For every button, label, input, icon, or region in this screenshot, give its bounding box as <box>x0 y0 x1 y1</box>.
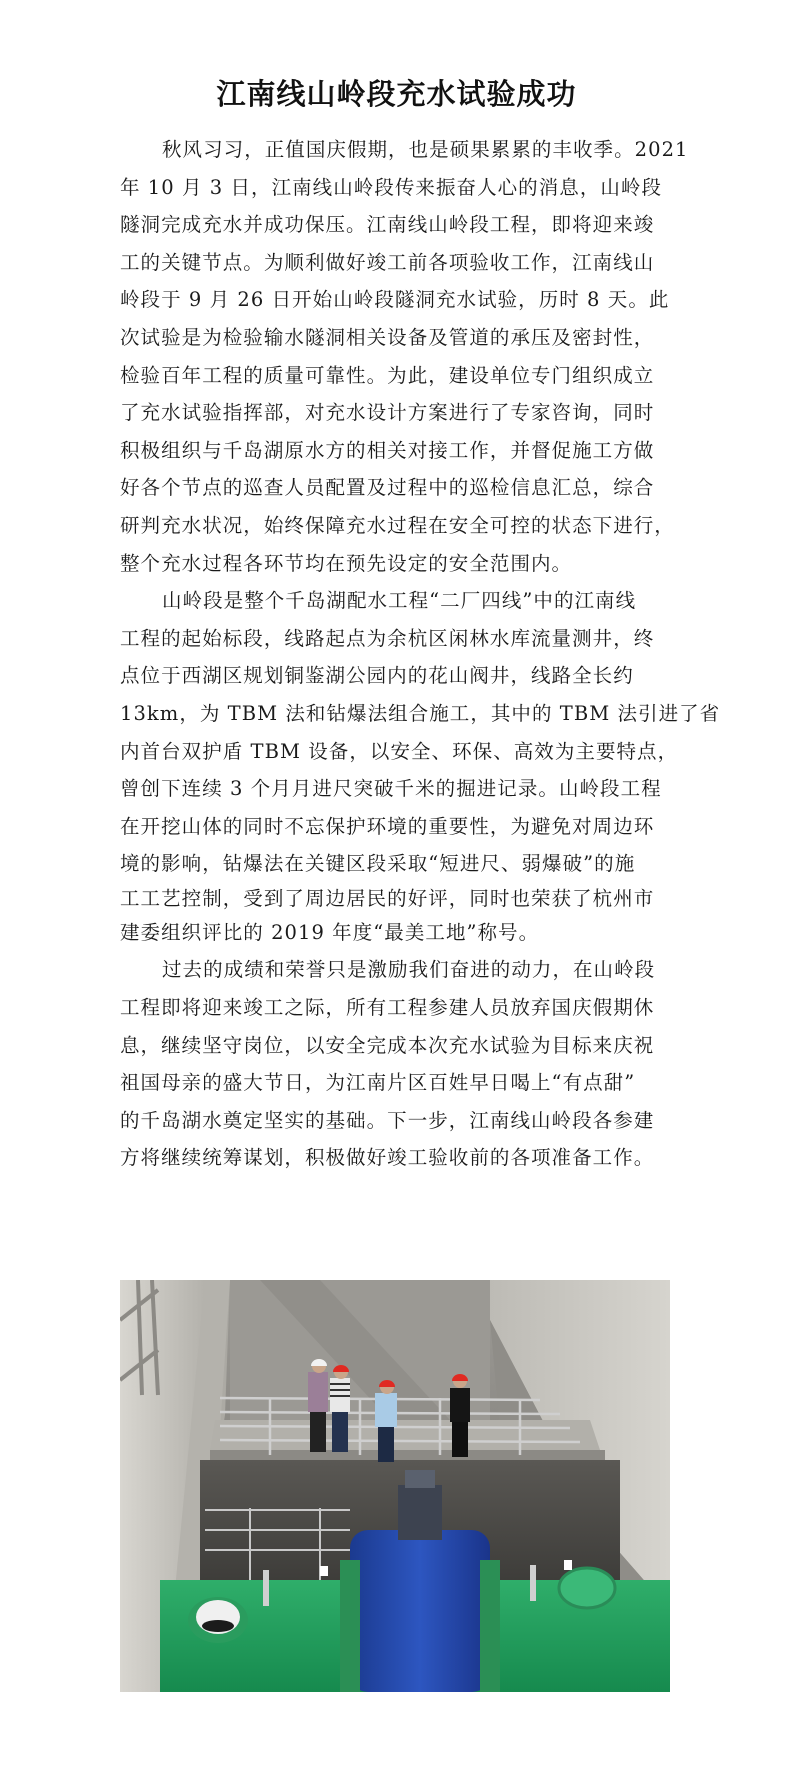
paragraph-2: 山岭段是整个千岛湖配水工程“二厂四线”中的江南线 工程的起始标段，线路起点为余杭… <box>120 582 690 951</box>
text-line: 息，继续坚守岗位，以安全完成本次充水试验为目标来庆祝 <box>120 1027 690 1065</box>
text-line: 岭段于 9 月 26 日开始山岭段隧洞充水试验，历时 8 天。此 <box>120 281 690 319</box>
text-line: 工工艺控制，受到了周边居民的好评，同时也荣获了杭州市 <box>120 883 690 914</box>
shaft-photo-illustration <box>120 1280 670 1692</box>
article-photo <box>120 1280 670 1692</box>
text-line: 次试验是为检验输水隧洞相关设备及管道的承压及密封性， <box>120 319 690 357</box>
text-line: 的千岛湖水奠定坚实的基础。下一步，江南线山岭段各参建 <box>120 1102 690 1140</box>
text-line: 好各个节点的巡查人员配置及过程中的巡检信息汇总，综合 <box>120 469 690 507</box>
text-line: 了充水试验指挥部，对充水设计方案进行了专家咨询，同时 <box>120 394 690 432</box>
blue-valve <box>350 1530 490 1692</box>
text-line: 在开挖山体的同时不忘保护环境的重要性，为避免对周边环 <box>120 808 690 846</box>
text-line: 13km，为 TBM 法和钻爆法组合施工，其中的 TBM 法引进了省 <box>120 695 690 733</box>
paragraph-1: 秋风习习，正值国庆假期，也是硕果累累的丰收季。2021 年 10 月 3 日，江… <box>120 131 690 582</box>
text-line: 研判充水状况，始终保障充水过程在安全可控的状态下进行， <box>120 507 690 545</box>
text-line: 过去的成绩和荣誉只是激励我们奋进的动力，在山岭段 <box>120 951 690 989</box>
text-line: 境的影响，钻爆法在关键区段采取“短进尺、弱爆破”的施 <box>120 845 690 883</box>
text-line: 曾创下连续 3 个月月进尺突破千米的掘进记录。山岭段工程 <box>120 770 690 808</box>
text-line: 点位于西湖区规划铜鉴湖公园内的花山阀井，线路全长约 <box>120 657 690 695</box>
text-line: 隧洞完成充水并成功保压。江南线山岭段工程，即将迎来竣 <box>120 206 690 244</box>
text-line: 方将继续统筹谋划，积极做好竣工验收前的各项准备工作。 <box>120 1139 690 1177</box>
text-line: 年 10 月 3 日，江南线山岭段传来振奋人心的消息，山岭段 <box>120 169 690 207</box>
text-line: 祖国母亲的盛大节日，为江南片区百姓早日喝上“有点甜” <box>120 1064 690 1102</box>
paragraph-3: 过去的成绩和荣誉只是激励我们奋进的动力，在山岭段 工程即将迎来竣工之际，所有工程… <box>120 951 690 1177</box>
text-line: 建委组织评比的 2019 年度“最美工地”称号。 <box>120 914 690 952</box>
text-line: 工程即将迎来竣工之际，所有工程参建人员放弃国庆假期休 <box>120 989 690 1027</box>
text-line: 工的关键节点。为顺利做好竣工前各项验收工作，江南线山 <box>120 244 690 282</box>
text-line: 内首台双护盾 TBM 设备，以安全、环保、高效为主要特点， <box>120 733 690 771</box>
text-line: 秋风习习，正值国庆假期，也是硕果累累的丰收季。2021 <box>120 131 690 169</box>
text-line: 整个充水过程各环节均在预先设定的安全范围内。 <box>120 545 690 583</box>
text-line: 工程的起始标段，线路起点为余杭区闲林水库流量测井，终 <box>120 620 690 658</box>
article-body: 秋风习习，正值国庆假期，也是硕果累累的丰收季。2021 年 10 月 3 日，江… <box>120 131 690 1177</box>
text-line: 检验百年工程的质量可靠性。为此，建设单位专门组织成立 <box>120 357 690 395</box>
text-line: 山岭段是整个千岛湖配水工程“二厂四线”中的江南线 <box>120 582 690 620</box>
text-line: 积极组织与千岛湖原水方的相关对接工作，并督促施工方做 <box>120 432 690 470</box>
article-title: 江南线山岭段充水试验成功 <box>0 72 793 113</box>
